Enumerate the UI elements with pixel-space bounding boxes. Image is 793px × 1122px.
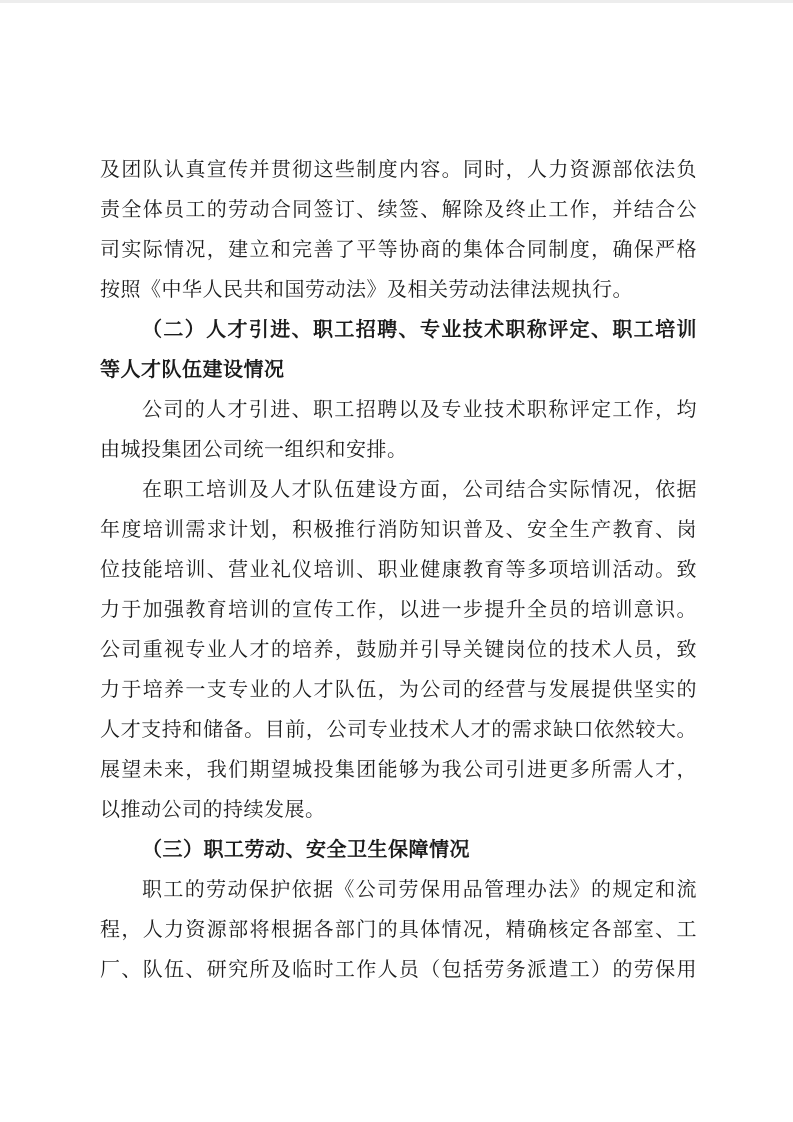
text-line: 展望未来，我们期望城投集团能够为我公司引进更多所需人才， <box>100 750 697 790</box>
text-line: （三）职工劳动、安全卫生保障情况 <box>100 830 697 870</box>
text-line: 等人才队伍建设情况 <box>100 350 697 390</box>
text-line: 程，人力资源部将根据各部门的具体情况，精确核定各部室、工 <box>100 910 697 950</box>
document-body: 及团队认真宣传并贯彻这些制度内容。同时，人力资源部依法负责全体员工的劳动合同签订… <box>100 150 697 990</box>
text-line: 按照《中华人民共和国劳动法》及相关劳动法律法规执行。 <box>100 270 697 310</box>
text-line: （二）人才引进、职工招聘、专业技术职称评定、职工培训 <box>100 310 697 350</box>
page-top-edge <box>0 0 793 3</box>
text-line: 在职工培训及人才队伍建设方面，公司结合实际情况，依据 <box>100 470 697 510</box>
document-page: 及团队认真宣传并贯彻这些制度内容。同时，人力资源部依法负责全体员工的劳动合同签订… <box>0 0 793 1122</box>
text-line: 位技能培训、营业礼仪培训、职业健康教育等多项培训活动。致 <box>100 550 697 590</box>
text-line: 由城投集团公司统一组织和安排。 <box>100 430 697 470</box>
text-line: 人才支持和储备。目前，公司专业技术人才的需求缺口依然较大。 <box>100 710 697 750</box>
text-line: 公司重视专业人才的培养，鼓励并引导关键岗位的技术人员，致 <box>100 630 697 670</box>
text-line: 司实际情况，建立和完善了平等协商的集体合同制度，确保严格 <box>100 230 697 270</box>
text-line: 公司的人才引进、职工招聘以及专业技术职称评定工作，均 <box>100 390 697 430</box>
text-line: 责全体员工的劳动合同签订、续签、解除及终止工作，并结合公 <box>100 190 697 230</box>
text-line: 力于培养一支专业的人才队伍，为公司的经营与发展提供坚实的 <box>100 670 697 710</box>
text-line: 职工的劳动保护依据《公司劳保用品管理办法》的规定和流 <box>100 870 697 910</box>
text-line: 及团队认真宣传并贯彻这些制度内容。同时，人力资源部依法负 <box>100 150 697 190</box>
text-line: 年度培训需求计划，积极推行消防知识普及、安全生产教育、岗 <box>100 510 697 550</box>
text-line: 力于加强教育培训的宣传工作，以进一步提升全员的培训意识。 <box>100 590 697 630</box>
text-line: 以推动公司的持续发展。 <box>100 790 697 830</box>
text-line: 厂、队伍、研究所及临时工作人员（包括劳务派遣工）的劳保用 <box>100 950 697 990</box>
